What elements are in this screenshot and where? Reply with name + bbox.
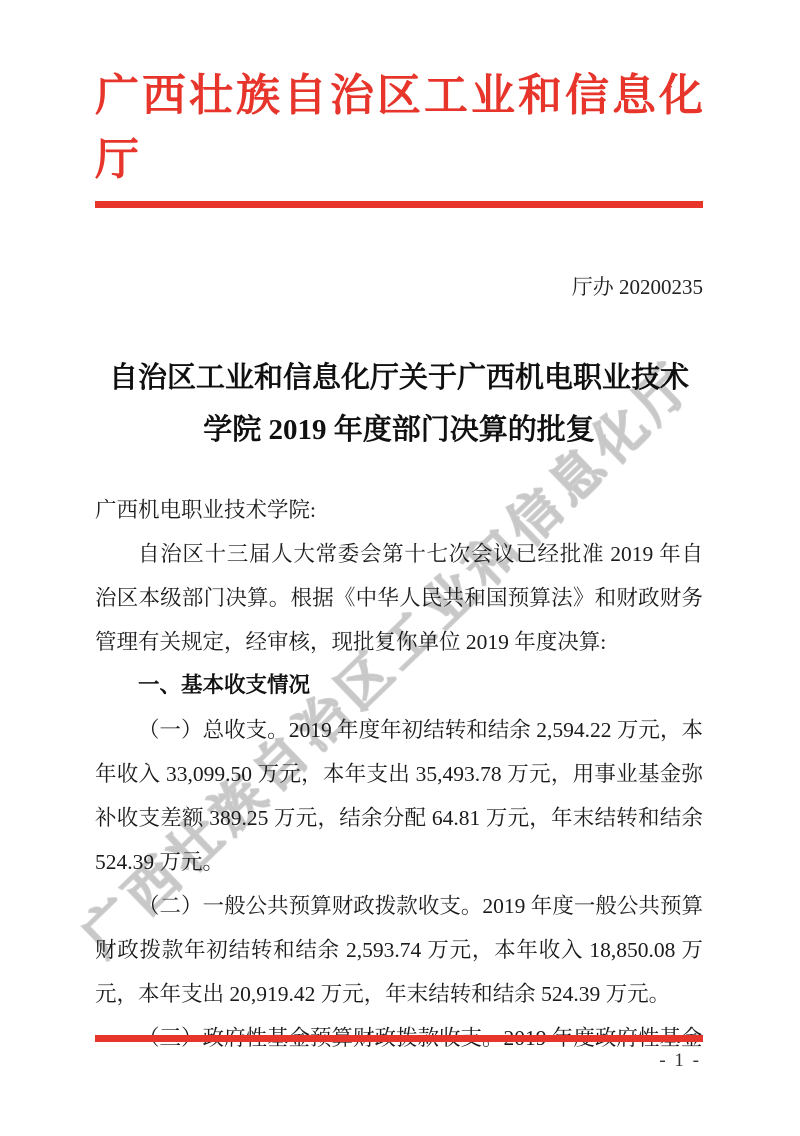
- doc-number: 厅办 20200235: [95, 274, 703, 300]
- intro-paragraph: 自治区十三届人大常委会第十七次会议已经批准 2019 年自治区本级部门决算。根据…: [95, 532, 703, 664]
- document-page: 广西壮族自治区工业和信息化厅 广西壮族自治区工业和信息化厅 厅办 2020023…: [0, 0, 800, 1136]
- doc-title-line2: 学院 2019 年度部门决算的批复: [95, 404, 703, 456]
- letterhead-rule: [95, 201, 703, 208]
- paragraph-total-budget: （一）总收支。2019 年度年初结转和结余 2,594.22 万元，本年收入 3…: [95, 708, 703, 884]
- section-heading: 一、基本收支情况: [95, 664, 703, 708]
- document-content: 广西壮族自治区工业和信息化厅 厅办 20200235 自治区工业和信息化厅关于广…: [95, 0, 703, 1060]
- footer-rule: [95, 1035, 703, 1042]
- letterhead-title: 广西壮族自治区工业和信息化厅: [95, 64, 703, 192]
- page-number: - 1 -: [95, 1050, 703, 1072]
- document-body: 广西机电职业技术学院: 自治区十三届人大常委会第十七次会议已经批准 2019 年…: [95, 488, 703, 1060]
- footer: - 1 -: [95, 1035, 703, 1072]
- doc-title-line1: 自治区工业和信息化厅关于广西机电职业技术: [95, 352, 703, 404]
- paragraph-general-public-budget: （二）一般公共预算财政拨款收支。2019 年度一般公共预算财政拨款年初结转和结余…: [95, 884, 703, 1016]
- doc-title: 自治区工业和信息化厅关于广西机电职业技术 学院 2019 年度部门决算的批复: [95, 352, 703, 456]
- salutation: 广西机电职业技术学院:: [95, 488, 703, 532]
